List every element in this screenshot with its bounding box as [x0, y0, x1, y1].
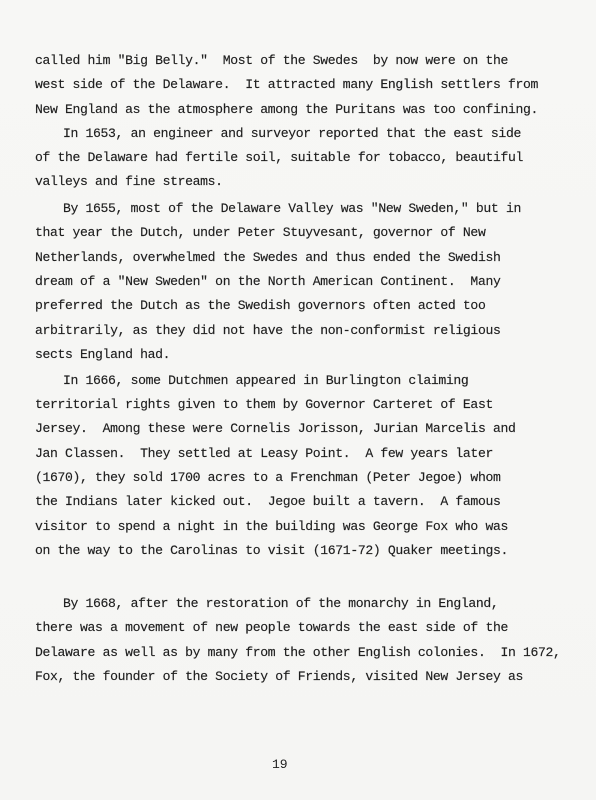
- document-page: called him "Big Belly." Most of the Swed…: [0, 0, 596, 800]
- text-line: Delaware as well as by many from the oth…: [35, 645, 561, 661]
- text-line: In 1666, some Dutchmen appeared in Burli…: [63, 373, 468, 389]
- page-number: 19: [272, 757, 288, 772]
- text-line: Jan Classen. They settled at Leasy Point…: [35, 446, 493, 462]
- text-line: territorial rights given to them by Gove…: [35, 397, 493, 413]
- text-line: dream of a "New Sweden" on the North Ame…: [35, 274, 500, 290]
- text-line: New England as the atmosphere among the …: [35, 102, 538, 118]
- text-line: Fox, the founder of the Society of Frien…: [35, 669, 523, 685]
- text-line: that year the Dutch, under Peter Stuyves…: [35, 225, 485, 241]
- text-line: the Indians later kicked out. Jegoe buil…: [35, 494, 500, 510]
- text-line: there was a movement of new people towar…: [35, 620, 508, 636]
- text-line: (1670), they sold 1700 acres to a French…: [35, 470, 500, 486]
- text-line: sects England had.: [35, 347, 170, 363]
- text-line: arbitrarily, as they did not have the no…: [35, 323, 500, 339]
- text-line: west side of the Delaware. It attracted …: [35, 77, 538, 93]
- text-line: By 1655, most of the Delaware Valley was…: [63, 201, 521, 217]
- text-line: called him "Big Belly." Most of the Swed…: [35, 53, 508, 69]
- text-line: of the Delaware had fertile soil, suitab…: [35, 150, 523, 166]
- text-line: valleys and fine streams.: [35, 174, 223, 190]
- text-line: By 1668, after the restoration of the mo…: [63, 596, 498, 612]
- text-line: on the way to the Carolinas to visit (16…: [35, 543, 508, 559]
- text-line: In 1653, an engineer and surveyor report…: [63, 126, 521, 142]
- text-line: Jersey. Among these were Cornelis Joriss…: [35, 421, 515, 437]
- text-line: Netherlands, overwhelmed the Swedes and …: [35, 250, 500, 266]
- text-line: preferred the Dutch as the Swedish gover…: [35, 298, 485, 314]
- text-line: visitor to spend a night in the building…: [35, 519, 508, 535]
